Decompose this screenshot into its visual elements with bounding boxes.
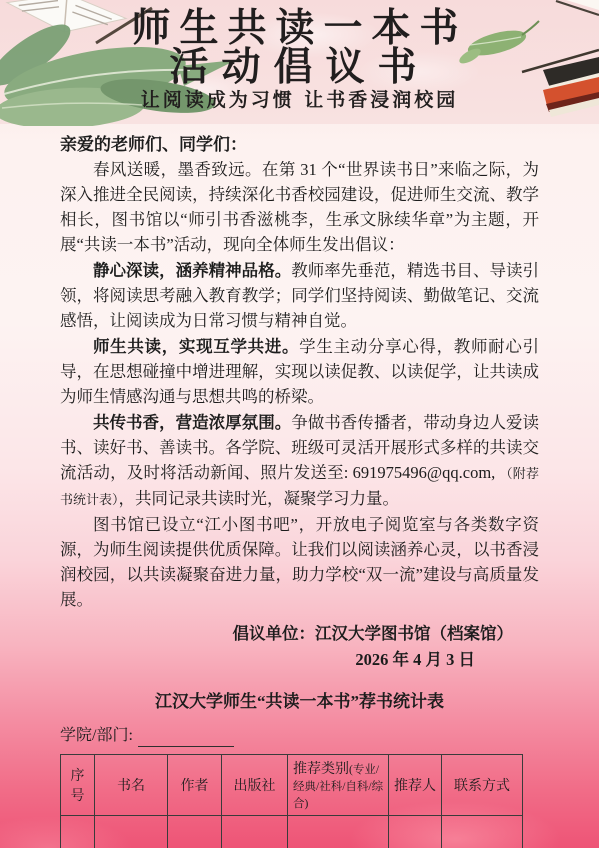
page-title-line1: 师生共读一本书 — [0, 8, 599, 49]
form-title: 江汉大学师生“共读一本书”荐书统计表 — [60, 691, 539, 713]
header-banner: 师生共读一本书 活动倡议书 让阅读成为习惯 让书香浸润校园 — [0, 0, 599, 124]
table-row — [61, 816, 523, 848]
column-header-contact: 联系方式 — [442, 755, 523, 816]
letter-paragraph-4: 共传书香，营造浓厚氛围。争做书香传播者，带动身边人爱读书、读好书、善读书。各学院… — [60, 410, 539, 512]
letter-paragraph-5: 图书馆已设立“江小图书吧”，开放电子阅览室与各类数字资源，为师生阅读提供优质保障… — [60, 512, 539, 613]
letter-paragraph-1: 春风送暖，墨香致远。在第 31 个“世界读书日”来临之际，为深入推进全民阅读，持… — [60, 157, 539, 258]
column-header-author: 作者 — [168, 755, 222, 816]
column-header-book-title: 书名 — [95, 755, 168, 816]
recommendation-table: 序号 书名 作者 出版社 推荐类别(专业/经典/社科/自科/综合) 推荐人 联系… — [60, 754, 523, 848]
column-header-category: 推荐类别(专业/经典/社科/自科/综合) — [288, 755, 389, 816]
cell-category[interactable] — [288, 816, 389, 848]
cell-author[interactable] — [168, 816, 222, 848]
proposal-poster: 师生共读一本书 活动倡议书 让阅读成为习惯 让书香浸润校园 亲爱的老师们、同学们… — [0, 0, 599, 848]
cell-recommender[interactable] — [389, 816, 442, 848]
letter-body: 亲爱的老师们、同学们： 春风送暖，墨香致远。在第 31 个“世界读书日”来临之际… — [0, 124, 599, 848]
cell-contact[interactable] — [442, 816, 523, 848]
column-header-recommender: 推荐人 — [389, 755, 442, 816]
letter-paragraph-3: 师生共读，实现互学共进。学生主动分享心得，教师耐心引导，在思想碰撞中增进理解，实… — [60, 334, 539, 410]
letter-paragraph-2: 静心深读，涵养精神品格。教师率先垂范，精选书目、导读引领，将阅读思考融入教育教学… — [60, 258, 539, 334]
cell-index[interactable] — [61, 816, 95, 848]
salutation: 亲爱的老师们、同学们： — [60, 132, 539, 157]
cell-book-title[interactable] — [95, 816, 168, 848]
paragraph-text: 图书馆已设立“江小图书吧”，开放电子阅览室与各类数字资源，为师生阅读提供优质保障… — [60, 515, 539, 609]
paragraph-lead: 静心深读，涵养精神品格。 — [93, 261, 291, 280]
cell-publisher[interactable] — [222, 816, 288, 848]
signature-date: 2026 年 4 月 3 日 — [60, 647, 475, 673]
department-label: 学院/部门: — [60, 727, 133, 744]
column-header-publisher: 出版社 — [222, 755, 288, 816]
paragraph-lead: 师生共读，实现互学共进。 — [93, 337, 299, 356]
table-header-row: 序号 书名 作者 出版社 推荐类别(专业/经典/社科/自科/综合) 推荐人 联系… — [61, 755, 523, 816]
header-titles: 师生共读一本书 活动倡议书 让阅读成为习惯 让书香浸润校园 — [0, 0, 599, 113]
department-row: 学院/部门: — [60, 725, 539, 747]
paragraph-text: 春风送暖，墨香致远。在第 31 个“世界读书日”来临之际，为深入推进全民阅读，持… — [60, 160, 539, 254]
column-header-index: 序号 — [61, 755, 95, 816]
paragraph-tail: ，共同记录共读时光，凝聚学习力量。 — [119, 489, 400, 508]
signature-unit: 倡议单位：江汉大学图书馆（档案馆） — [60, 621, 513, 647]
page-subtitle: 让阅读成为习惯 让书香浸润校园 — [0, 88, 599, 113]
page-title-line2: 活动倡议书 — [0, 49, 599, 86]
department-blank-field[interactable] — [138, 730, 234, 747]
paragraph-lead: 共传书香，营造浓厚氛围。 — [93, 413, 291, 432]
